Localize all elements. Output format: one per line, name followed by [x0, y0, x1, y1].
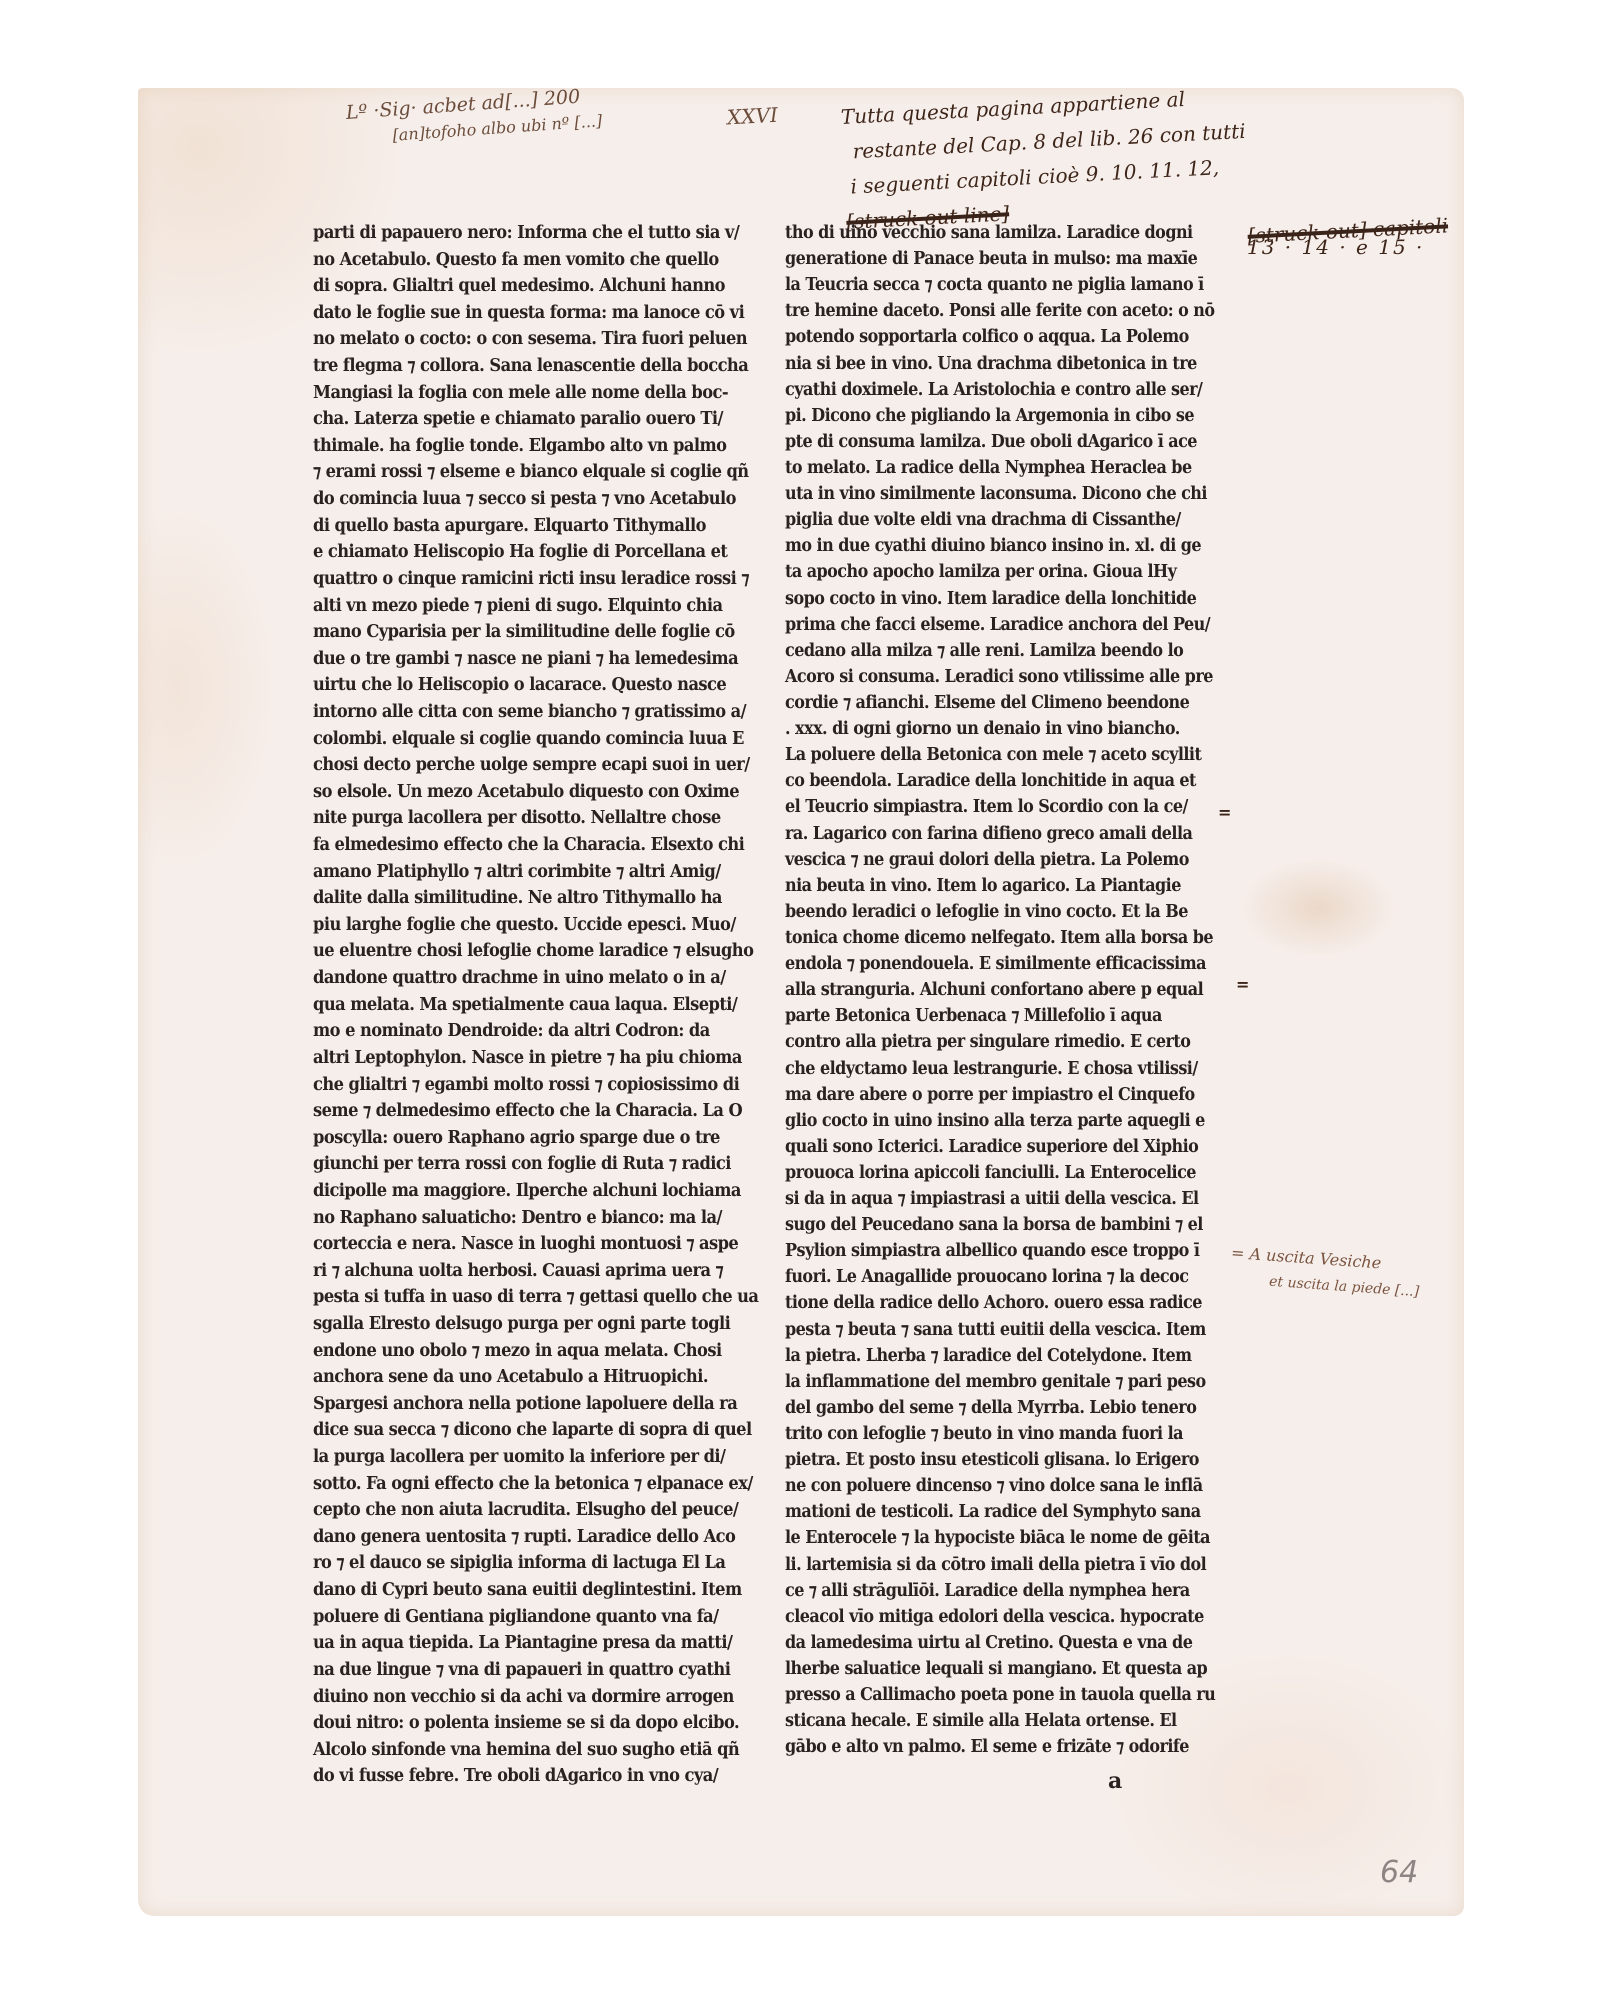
- margin-mark-1: =: [1218, 808, 1231, 818]
- text-line: fuori. Le Anagallide prouocano lorina ⁊ …: [785, 1264, 1165, 1290]
- text-line: cedano alla milza ⁊ alle reni. Lamilza b…: [785, 638, 1165, 664]
- text-line: intorno alle citta con seme biancho ⁊ gr…: [313, 699, 704, 726]
- text-line: beendo leradici o lefoglie in vino cocto…: [785, 899, 1165, 925]
- text-line: alla stranguria. Alchuni confortano aber…: [785, 977, 1165, 1003]
- text-line: le Enterocele ⁊ la hypociste biāca le no…: [785, 1525, 1165, 1551]
- signature-mark: a: [1108, 1768, 1122, 1794]
- text-line: doui nitro: o polenta insieme se si da d…: [313, 1710, 704, 1737]
- text-line: tione della radice dello Achoro. ouero e…: [785, 1290, 1165, 1316]
- text-line: Alcolo sinfonde vna hemina del suo sugho…: [313, 1737, 704, 1764]
- text-line: giunchi per terra rossi con foglie di Ru…: [313, 1151, 704, 1178]
- text-line: pesta ⁊ beuta ⁊ sana tutti euitii della …: [785, 1317, 1165, 1343]
- text-line: che glialtri ⁊ egambi molto rossi ⁊ copi…: [313, 1072, 704, 1099]
- text-line: dice sua secca ⁊ dicono che laparte di s…: [313, 1417, 704, 1444]
- text-line: tre hemine daceto. Ponsi alle ferite con…: [785, 298, 1165, 324]
- text-line: no melato o cocto: o con sesema. Tira fu…: [313, 326, 704, 353]
- text-line: endola ⁊ ponendouela. E similmente effic…: [785, 951, 1165, 977]
- text-line: ue eluentre chosi lefoglie chome laradic…: [313, 938, 704, 965]
- text-line: generatione di Panace beuta in mulso: ma…: [785, 246, 1165, 272]
- text-line: cleacol vīo mitiga edolori della vescica…: [785, 1604, 1165, 1630]
- text-line: due o tre gambi ⁊ nasce ne piani ⁊ ha le…: [313, 646, 704, 673]
- text-line: piglia due volte eldi vna drachma di Cis…: [785, 507, 1165, 533]
- text-line: la Teucria secca ⁊ cocta quanto ne pigli…: [785, 272, 1165, 298]
- text-line: del gambo del seme ⁊ della Myrrba. Lebio…: [785, 1395, 1165, 1421]
- text-line: poluere di Gentiana pigliandone quanto v…: [313, 1604, 704, 1631]
- text-line: anchora sene da uno Acetabulo a Hitruopi…: [313, 1364, 704, 1391]
- text-line: lherbe saluatice lequali si mangiano. Et…: [785, 1656, 1165, 1682]
- text-line: poscylla: ouero Raphano agrio sparge due…: [313, 1125, 704, 1152]
- text-line: pietra. Et posto insu etesticoli glisana…: [785, 1447, 1165, 1473]
- text-line: mano Cyparisia per la similitudine delle…: [313, 619, 704, 646]
- text-line: la purga lacollera per uomito la inferio…: [313, 1444, 704, 1471]
- text-line: Psylion simpiastra albellico quando esce…: [785, 1238, 1165, 1264]
- text-line: dandone quattro drachme in uino melato o…: [313, 965, 704, 992]
- text-line: ⁊ erami rossi ⁊ elseme e bianco elquale …: [313, 459, 704, 486]
- text-line: glio cocto in uino insino alla terza par…: [785, 1108, 1165, 1134]
- text-line: ro ⁊ el dauco se sipiglia informa di lac…: [313, 1550, 704, 1577]
- text-line: dato le foglie sue in questa forma: ma l…: [313, 300, 704, 327]
- text-line: prouoca lorina apiccoli fanciulli. La En…: [785, 1160, 1165, 1186]
- text-line: sotto. Fa ogni effecto che la betonica ⁊…: [313, 1471, 704, 1498]
- text-line: prima che facci elseme. Laradice anchora…: [785, 612, 1165, 638]
- text-line: corteccia e nera. Nasce in luoghi montuo…: [313, 1231, 704, 1258]
- text-line: che eldyctamo leua lestrangurie. E chosa…: [785, 1056, 1165, 1082]
- text-line: piu larghe foglie che questo. Uccide epe…: [313, 912, 704, 939]
- text-line: ri ⁊ alchuna uolta herbosi. Cauasi aprim…: [313, 1258, 704, 1285]
- text-line: altri Leptophylon. Nasce in pietre ⁊ ha …: [313, 1045, 704, 1072]
- text-line: contro alla pietra per singulare rimedio…: [785, 1029, 1165, 1055]
- text-line: quattro o cinque ramicini ricti insu ler…: [313, 566, 704, 593]
- text-line: sopo cocto in vino. Item laradice della …: [785, 586, 1165, 612]
- text-line: La poluere della Betonica con mele ⁊ ace…: [785, 742, 1165, 768]
- text-line: diuino non vecchio si da achi va dormire…: [313, 1684, 704, 1711]
- text-line: cyathi doximele. La Aristolochia e contr…: [785, 377, 1165, 403]
- text-line: cha. Laterza spetie e chiamato paralio o…: [313, 406, 704, 433]
- text-line: vescica ⁊ ne graui dolori della pietra. …: [785, 847, 1165, 873]
- text-line: ma dare abere o porre per impiastro el C…: [785, 1082, 1165, 1108]
- margin-mark-2: =: [1236, 980, 1249, 990]
- text-line: dicipolle ma maggiore. Ilperche alchuni …: [313, 1178, 704, 1205]
- text-line: trito con lefoglie ⁊ beuto in vino manda…: [785, 1421, 1165, 1447]
- text-line: da lamedesima uirtu al Cretino. Questa e…: [785, 1630, 1165, 1656]
- text-line: potendo sopportarla colfico o aqqua. La …: [785, 324, 1165, 350]
- text-line: na due lingue ⁊ vna di papaueri in quatt…: [313, 1657, 704, 1684]
- text-line: dano di Cypri beuto sana euitii deglinte…: [313, 1577, 704, 1604]
- text-line: presso a Callimacho poeta pone in tauola…: [785, 1682, 1165, 1708]
- text-line: do comincia luua ⁊ secco si pesta ⁊ vno …: [313, 486, 704, 513]
- text-line: tho di uino vecchio sana lamilza. Laradi…: [785, 220, 1165, 246]
- annotation-chapters-list: 13 · 14 · e 15 ·: [1247, 235, 1424, 259]
- text-line: e chiamato Heliscopio Ha foglie di Porce…: [313, 539, 704, 566]
- text-line: so elsole. Un mezo Acetabulo diquesto co…: [313, 779, 704, 806]
- text-column-left: parti di papauero nero: Informa che el t…: [313, 220, 733, 1790]
- text-line: pi. Dicono che pigliando la Argemonia in…: [785, 403, 1165, 429]
- text-line: uirtu che lo Heliscopio o lacarace. Ques…: [313, 672, 704, 699]
- text-line: nite purga lacollera per disotto. Nellal…: [313, 805, 704, 832]
- text-line: parte Betonica Uerbenaca ⁊ Millefolio ī …: [785, 1003, 1165, 1029]
- text-line: uta in vino similmente laconsuma. Dicono…: [785, 481, 1165, 507]
- text-line: pesta si tuffa in uaso di terra ⁊ gettas…: [313, 1284, 704, 1311]
- text-line: no Raphano saluaticho: Dentro e bianco: …: [313, 1205, 704, 1232]
- text-line: la pietra. Lherba ⁊ laradice del Cotelyd…: [785, 1343, 1165, 1369]
- text-line: si da in aqua ⁊ impiastrasi a uitii dell…: [785, 1186, 1165, 1212]
- text-line: tonica chome dicemo nelfegato. Item alla…: [785, 925, 1165, 951]
- text-line: cepto che non aiuta lacrudita. Elsugho d…: [313, 1497, 704, 1524]
- text-line: cordie ⁊ afianchi. Elseme del Climeno be…: [785, 690, 1165, 716]
- text-line: gābo e alto vn palmo. El seme e frizāte …: [785, 1734, 1165, 1760]
- text-line: tre flegma ⁊ collora. Sana lenascentie d…: [313, 353, 704, 380]
- text-line: nia beuta in vino. Item lo agarico. La P…: [785, 873, 1165, 899]
- text-line: ta apocho apocho lamilza per orina. Giou…: [785, 559, 1165, 585]
- text-line: . xxx. di ogni giorno un denaio in vino …: [785, 716, 1165, 742]
- text-line: Mangiasi la foglia con mele alle nome de…: [313, 380, 704, 407]
- text-line: no Acetabulo. Questo fa men vomito che q…: [313, 247, 704, 274]
- text-line: qua melata. Ma spetialmente caua laqua. …: [313, 992, 704, 1019]
- text-line: pte di consuma lamilza. Due oboli dAgari…: [785, 429, 1165, 455]
- text-line: seme ⁊ delmedesimo effecto che la Charac…: [313, 1098, 704, 1125]
- text-line: ua in aqua tiepida. La Piantagine presa …: [313, 1630, 704, 1657]
- text-line: quali sono Icterici. Laradice superiore …: [785, 1134, 1165, 1160]
- text-line: li. lartemisia si da cōtro imali della p…: [785, 1552, 1165, 1578]
- text-line: endone uno obolo ⁊ mezo in aqua melata. …: [313, 1338, 704, 1365]
- folio-number: 64: [1380, 1855, 1418, 1890]
- annotation-chapter-number: XXVI: [726, 103, 778, 130]
- text-line: Acoro si consuma. Leradici sono vtilissi…: [785, 664, 1165, 690]
- text-line: sgalla Elresto delsugo purga per ogni pa…: [313, 1311, 704, 1338]
- text-line: to melato. La radice della Nymphea Herac…: [785, 455, 1165, 481]
- text-line: amano Platiphyllo ⁊ altri corimbite ⁊ al…: [313, 859, 704, 886]
- text-line: dalite dalla similitudine. Ne altro Tith…: [313, 885, 704, 912]
- text-line: fa elmedesimo effecto che la Characia. E…: [313, 832, 704, 859]
- text-line: mo in due cyathi diuino bianco insino in…: [785, 533, 1165, 559]
- text-line: nia si bee in vino. Una drachma dibetoni…: [785, 351, 1165, 377]
- text-line: la inflammatione del membro genitale ⁊ p…: [785, 1369, 1165, 1395]
- text-line: sugo del Peucedano sana la borsa de bamb…: [785, 1212, 1165, 1238]
- text-line: el Teucrio simpiastra. Item lo Scordio c…: [785, 794, 1165, 820]
- text-line: di quello basta apurgare. Elquarto Tithy…: [313, 513, 704, 540]
- text-line: dano genera uentosita ⁊ rupti. Laradice …: [313, 1524, 704, 1551]
- text-line: ne con poluere dincenso ⁊ vino dolce san…: [785, 1473, 1165, 1499]
- text-line: Spargesi anchora nella potione lapoluere…: [313, 1391, 704, 1418]
- text-line: ce ⁊ alli strāgulīōi. Laradice della nym…: [785, 1578, 1165, 1604]
- text-line: sticana hecale. E simile alla Helata ort…: [785, 1708, 1165, 1734]
- text-line: parti di papauero nero: Informa che el t…: [313, 220, 704, 247]
- text-line: ra. Lagarico con farina difieno greco am…: [785, 821, 1165, 847]
- text-line: chosi decto perche uolge sempre ecapi su…: [313, 752, 704, 779]
- text-line: do vi fusse febre. Tre oboli dAgarico in…: [313, 1763, 704, 1790]
- text-line: di sopra. Glialtri quel medesimo. Alchun…: [313, 273, 704, 300]
- text-line: colombi. elquale si coglie quando cominc…: [313, 726, 704, 753]
- text-line: mo e nominato Dendroide: da altri Codron…: [313, 1018, 704, 1045]
- text-line: co beendola. Laradice della lonchitide i…: [785, 768, 1165, 794]
- text-line: mationi de testicoli. La radice del Symp…: [785, 1499, 1165, 1525]
- text-line: thimale. ha foglie tonde. Elgambo alto v…: [313, 433, 704, 460]
- text-line: alti vn mezo piede ⁊ pieni di sugo. Elqu…: [313, 593, 704, 620]
- text-column-right: tho di uino vecchio sana lamilza. Laradi…: [785, 220, 1200, 1760]
